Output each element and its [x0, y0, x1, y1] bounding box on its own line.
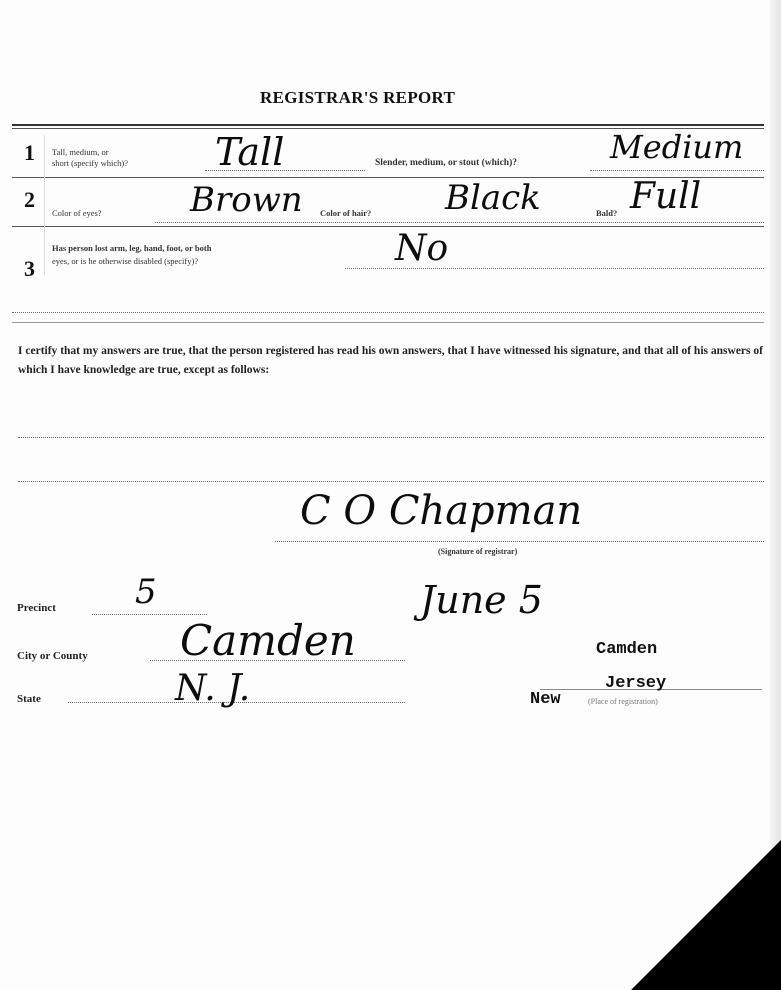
- section-rule: [12, 322, 764, 323]
- row-divider: [12, 226, 764, 227]
- height-question-line2: short (specify which)?: [52, 158, 128, 168]
- state-label: State: [17, 693, 41, 705]
- stamp-city: Camden: [596, 640, 657, 659]
- disability-question-line1: Has person lost arm, leg, hand, foot, or…: [52, 243, 211, 253]
- disability-answer-line: [345, 268, 764, 269]
- exception-line-1: [18, 437, 764, 438]
- certification-text: I certify that my answers are true, that…: [18, 342, 763, 380]
- precinct-label: Precinct: [17, 602, 56, 614]
- height-answer-line: [205, 170, 365, 171]
- row-number: 2: [24, 187, 35, 213]
- build-question: Slender, medium, or stout (which)?: [375, 158, 517, 168]
- disability-answer: No: [395, 228, 448, 269]
- build-answer: Medium: [610, 128, 743, 166]
- hair-color-question: Color of hair?: [320, 208, 371, 218]
- height-question-line1: Tall, medium, or: [52, 147, 109, 157]
- blank-line: [12, 312, 764, 313]
- page-title: REGISTRAR'S REPORT: [260, 88, 455, 108]
- stamp-state-part1: New: [530, 690, 561, 709]
- row-2-answer-line: [155, 222, 764, 223]
- top-rule: [12, 124, 764, 126]
- signature-caption: (Signature of registrar): [438, 547, 517, 557]
- eye-color-answer: Brown: [190, 180, 303, 220]
- row-number: 1: [24, 140, 35, 166]
- row-number: 3: [24, 256, 35, 282]
- registrar-signature: C O Chapman: [300, 488, 582, 534]
- precinct-value: 5: [135, 572, 157, 612]
- exception-line-2: [18, 481, 764, 482]
- eye-color-question: Color of eyes?: [52, 208, 102, 218]
- registrars-report-page: REGISTRAR'S REPORT 1 Tall, medium, or sh…: [0, 0, 781, 990]
- hair-color-answer: Black: [445, 178, 541, 218]
- city-county-label: City or County: [17, 650, 88, 662]
- scan-corner-shadow: [631, 840, 781, 990]
- registration-date: June 5: [420, 578, 543, 622]
- margin-line: [44, 135, 45, 275]
- bald-question: Bald?: [596, 208, 617, 218]
- signature-line: [275, 541, 764, 542]
- city-county-value: Camden: [180, 616, 356, 665]
- bald-answer: Full: [630, 176, 701, 217]
- state-value: N. J.: [175, 668, 250, 709]
- precinct-line: [92, 614, 207, 615]
- build-answer-line: [590, 170, 764, 171]
- height-answer: Tall: [215, 130, 284, 174]
- stamp-caption: (Place of registration): [588, 697, 658, 707]
- disability-question-line2: eyes, or is he otherwise disabled (speci…: [52, 256, 198, 266]
- stamp-state-part2: Jersey: [605, 674, 666, 693]
